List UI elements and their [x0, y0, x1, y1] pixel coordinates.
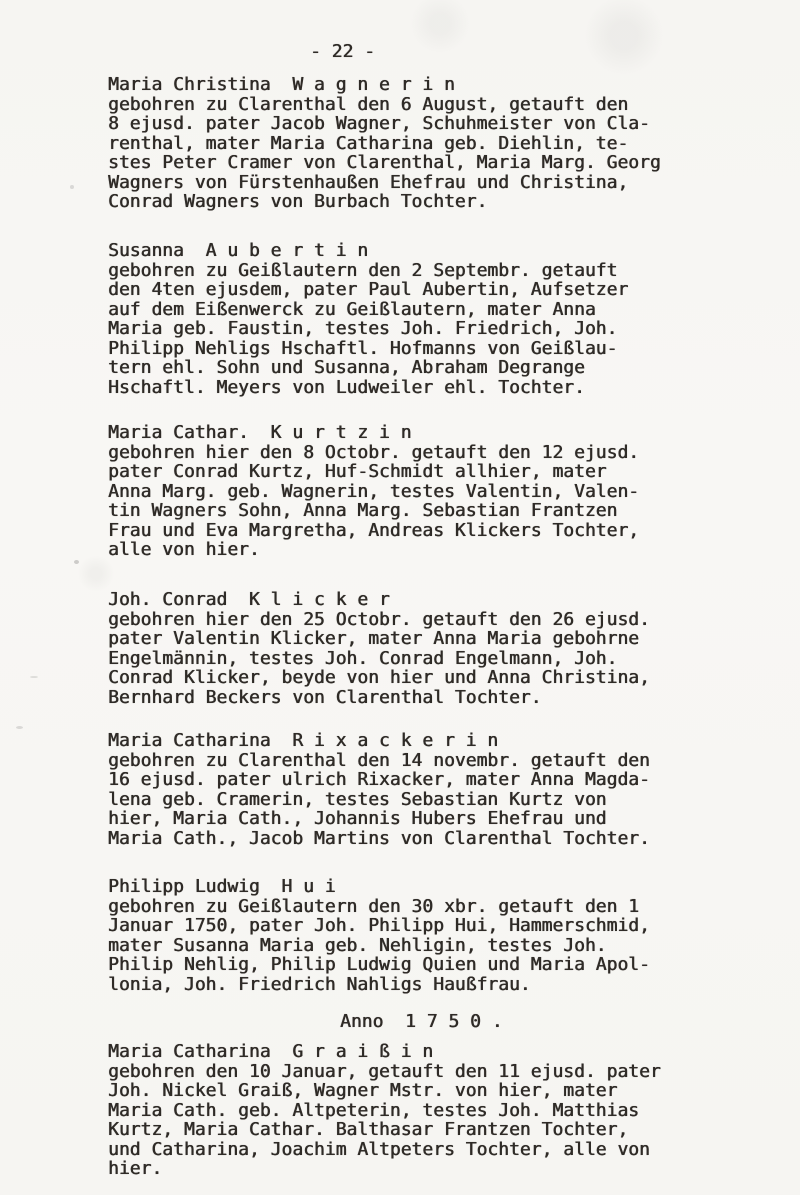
baptism-entry-rixackerin: Maria Catharina R i x a c k e r i n gebo…	[108, 731, 650, 848]
entry-line: Maria Cath., Jacob Martins von Clarentha…	[108, 829, 650, 849]
entry-line: alle von hier.	[108, 540, 639, 560]
entry-line: Maria Cath. geb. Altpeterin, testes Joh.…	[108, 1101, 661, 1121]
entry-line: gebohren zu Geißlautern den 2 Septembr. …	[108, 261, 628, 281]
entry-heading: Philipp Ludwig H u i	[108, 877, 650, 897]
entry-heading: Maria Catharina G r a i ß i n	[108, 1042, 661, 1062]
scan-speck	[70, 185, 74, 189]
entry-line: pater Conrad Kurtz, Huf-Schmidt allhier,…	[108, 462, 639, 482]
entry-line: gebohren den 10 Januar, getauft den 11 e…	[108, 1062, 661, 1082]
entry-line: Wagners von Fürstenhaußen Ehefrau und Ch…	[108, 173, 661, 193]
entry-line: Conrad Klicker, beyde von hier und Anna …	[108, 668, 650, 688]
entry-line: gebohren hier den 8 Octobr. getauft den …	[108, 443, 639, 463]
entry-heading: Maria Cathar. K u r t z i n	[108, 423, 639, 443]
entry-heading: Susanna A u b e r t i n	[108, 241, 628, 261]
baptism-entry-kurtzin: Maria Cathar. K u r t z i n gebohren hie…	[108, 423, 639, 560]
baptism-entry-graissin: Maria Catharina G r a i ß i n gebohren d…	[108, 1042, 661, 1179]
baptism-entry-hui: Philipp Ludwig H u i gebohren zu Geißlau…	[108, 877, 650, 994]
entry-line: lonia, Joh. Friedrich Nahligs Haußfrau.	[108, 975, 650, 995]
entry-heading: Maria Christina W a g n e r i n	[108, 75, 661, 95]
entry-line: pater Valentin Klicker, mater Anna Maria…	[108, 629, 650, 649]
entry-line: renthal, mater Maria Catharina geb. Dieh…	[108, 134, 661, 154]
entry-line: auf dem Eißenwerck zu Geißlautern, mater…	[108, 300, 628, 320]
entry-line: 8 ejusd. pater Jacob Wagner, Schuhmeiste…	[108, 114, 661, 134]
entry-line: gebohren zu Clarenthal den 6 August, get…	[108, 95, 661, 115]
entry-heading: Joh. Conrad K l i c k e r	[108, 590, 650, 610]
entry-line: Frau und Eva Margretha, Andreas Klickers…	[108, 521, 639, 541]
entry-line: Philip Nehlig, Philip Ludwig Quien und M…	[108, 955, 650, 975]
entry-line: gebohren hier den 25 Octobr. getauft den…	[108, 610, 650, 630]
entry-line: Bernhard Beckers von Clarenthal Tochter.	[108, 688, 650, 708]
baptism-entry-aubertin: Susanna A u b e r t i n gebohren zu Geiß…	[108, 241, 628, 397]
baptism-entry-klicker: Joh. Conrad K l i c k e r gebohren hier …	[108, 590, 650, 707]
entry-line: gebohren zu Geißlautern den 30 xbr. geta…	[108, 897, 650, 917]
entry-line: hier, Maria Cath., Johannis Hubers Ehefr…	[108, 809, 650, 829]
baptism-entry-wagnerin: Maria Christina W a g n e r i n gebohren…	[108, 75, 661, 212]
entry-line: Engelmännin, testes Joh. Conrad Engelman…	[108, 649, 650, 669]
entry-line: gebohren zu Clarenthal den 14 novembr. g…	[108, 751, 650, 771]
scan-speck	[74, 560, 79, 564]
entry-line: Kurtz, Maria Cathar. Balthasar Frantzen …	[108, 1120, 661, 1140]
entry-line: Joh. Nickel Graiß, Wagner Mstr. von hier…	[108, 1081, 661, 1101]
entry-line: Januar 1750, pater Joh. Philipp Hui, Ham…	[108, 916, 650, 936]
scan-speck	[16, 726, 23, 729]
entry-line: Philipp Nehligs Hschaftl. Hofmanns von G…	[108, 339, 628, 359]
scan-speck	[30, 676, 38, 678]
entry-line: tern ehl. Sohn und Susanna, Abraham Degr…	[108, 358, 628, 378]
scanned-register-page: - 22 - Maria Christina W a g n e r i n g…	[0, 0, 800, 1195]
entry-line: den 4ten ejusdem, pater Paul Aubertin, A…	[108, 280, 628, 300]
entry-line: Anna Marg. geb. Wagnerin, testes Valenti…	[108, 482, 639, 502]
entry-line: tin Wagners Sohn, Anna Marg. Sebastian F…	[108, 501, 639, 521]
entry-line: Maria geb. Faustin, testes Joh. Friedric…	[108, 319, 628, 339]
entry-line: und Catharina, Joachim Altpeters Tochter…	[108, 1140, 661, 1160]
entry-line: stes Peter Cramer von Clarenthal, Maria …	[108, 153, 661, 173]
entry-line: hier.	[108, 1159, 661, 1179]
entry-line: lena geb. Cramerin, testes Sebastian Kur…	[108, 790, 650, 810]
page-number: - 22 -	[310, 42, 375, 62]
year-section-heading: Anno 1 7 5 0 .	[340, 1012, 503, 1032]
entry-line: Hschaftl. Meyers von Ludweiler ehl. Toch…	[108, 378, 628, 398]
entry-line: 16 ejusd. pater ulrich Rixacker, mater A…	[108, 770, 650, 790]
entry-line: Conrad Wagners von Burbach Tochter.	[108, 192, 661, 212]
entry-heading: Maria Catharina R i x a c k e r i n	[108, 731, 650, 751]
entry-line: mater Susanna Maria geb. Nehligin, teste…	[108, 936, 650, 956]
